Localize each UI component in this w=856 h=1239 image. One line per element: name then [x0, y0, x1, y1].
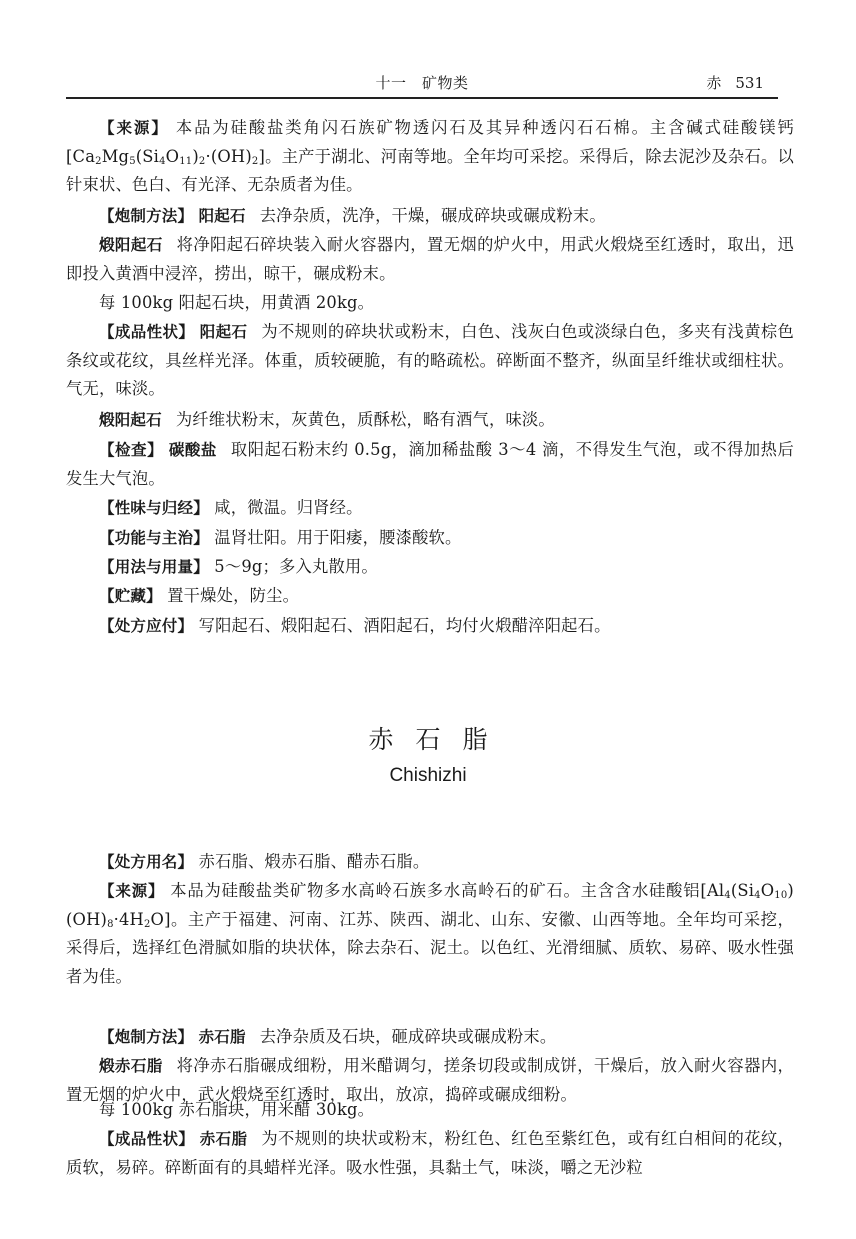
entry-title: 赤石脂	[0, 720, 856, 756]
prescription-names-text: 赤石脂、煅赤石脂、醋赤石脂。	[199, 852, 430, 871]
ratio-paragraph-2: 每 100kg 赤石脂块，用米醋 30kg。	[66, 1096, 794, 1125]
nature-paragraph: 【性味与归经】 咸，微温。归肾经。	[66, 494, 794, 523]
properties-paragraph: 【成品性状】 阳起石为不规则的碎块状或粉末，白色、浅灰白色或淡绿白色，多夹有浅黄…	[66, 318, 794, 404]
processing-sub1-text: 去净杂质，洗净，干燥，碾成碎块或碾成粉末。	[260, 206, 606, 225]
inspection-sub-label: 碳酸盐	[169, 441, 217, 459]
processing-paragraph: 【炮制方法】 阳起石去净杂质，洗净，干燥，碾成碎块或碾成粉末。	[66, 202, 794, 231]
usage-text: 5～9g；多入丸散用。	[214, 557, 378, 576]
header-rule	[66, 97, 778, 99]
source-label: 【来源】	[99, 119, 169, 137]
source-text-2-tail: 。主产于福建、河南、江苏、陕西、湖北、山东、安徽、山西等地。全年均可采挖，采得后…	[66, 910, 794, 986]
section-character: 赤	[706, 74, 721, 92]
calcined-paragraph: 煅阳起石将净阳起石碎块装入耐火容器内，置无烟的炉火中，用武火煅烧至红透时，取出，…	[66, 231, 794, 288]
processing-sub2-text: 将净阳起石碎块装入耐火容器内，置无烟的炉火中，用武火煅烧至红透时，取出，迅即投入…	[66, 235, 794, 283]
properties-paragraph-2: 【成品性状】 赤石脂为不规则的块状或粉末，粉红色、红色至紫红色，或有红白相间的花…	[66, 1125, 794, 1182]
processing-label: 【炮制方法】	[99, 207, 193, 225]
entry-pinyin: Chishizhi	[0, 765, 856, 787]
properties-sub2-label: 煅阳起石	[99, 411, 162, 429]
usage-label: 【用法与用量】	[99, 558, 209, 576]
function-paragraph: 【功能与主治】 温肾壮阳。用于阳痿，腰漆酸软。	[66, 524, 794, 553]
properties-calcined-paragraph: 煅阳起石为纤维状粉末，灰黄色，质酥松，略有酒气，味淡。	[66, 406, 794, 435]
processing-sub2-label: 煅阳起石	[99, 236, 163, 254]
processing-sub1-label: 阳起石	[199, 207, 246, 225]
properties-label-2: 【成品性状】	[99, 1130, 194, 1148]
processing-sub1-text-2: 去净杂质及石块，砸成碎块或碾成粉末。	[260, 1027, 557, 1046]
nature-text: 咸，微温。归肾经。	[214, 498, 362, 517]
properties-sub2-text: 为纤维状粉末，灰黄色，质酥松，略有酒气，味淡。	[176, 410, 555, 429]
usage-paragraph: 【用法与用量】 5～9g；多入丸散用。	[66, 553, 794, 582]
inspection-label: 【检查】	[99, 441, 163, 459]
properties-sub1-label: 阳起石	[200, 323, 248, 341]
source-text-2: 本品为硅酸盐类矿物多水高岭石族多水高岭石的矿石。主含含水硅酸铝	[170, 881, 700, 900]
dispensing-paragraph: 【处方应付】 写阳起石、煅阳起石、酒阳起石，均付火煅醋淬阳起石。	[66, 612, 794, 641]
storage-text: 置干燥处，防尘。	[167, 586, 299, 605]
source-paragraph-2: 【来源】 本品为硅酸盐类矿物多水高岭石族多水高岭石的矿石。主含含水硅酸铝[Al4…	[66, 877, 794, 991]
storage-label: 【贮藏】	[99, 587, 162, 605]
chapter-title: 十一 矿物类	[66, 72, 778, 93]
source-text-tail: 。主产于湖北、河南等地。全年均可采挖。采得后，除去泥沙及杂石。以针束状、色白、有…	[66, 147, 794, 195]
processing-sub1-label-2: 赤石脂	[199, 1028, 246, 1046]
processing-sub2-label-2: 煅赤石脂	[99, 1057, 163, 1075]
ratio-paragraph: 每 100kg 阳起石块，用黄酒 20kg。	[66, 289, 794, 318]
running-header: 十一 矿物类 赤531	[66, 70, 778, 96]
dispensing-label: 【处方应付】	[99, 617, 193, 635]
document-page: 十一 矿物类 赤531 【来源】 本品为硅酸盐类角闪石族矿物透闪石及其异种透闪石…	[0, 0, 856, 1239]
prescription-names-paragraph: 【处方用名】 赤石脂、煅赤石脂、醋赤石脂。	[66, 848, 794, 877]
page-number: 531	[735, 74, 764, 92]
nature-label: 【性味与归经】	[99, 499, 209, 517]
function-text: 温肾壮阳。用于阳痿，腰漆酸软。	[214, 528, 461, 547]
processing-paragraph-2: 【炮制方法】 赤石脂去净杂质及石块，砸成碎块或碾成粉末。	[66, 1023, 794, 1052]
function-label: 【功能与主治】	[99, 529, 209, 547]
page-reference: 赤531	[706, 72, 764, 93]
storage-paragraph: 【贮藏】 置干燥处，防尘。	[66, 582, 794, 611]
inspection-paragraph: 【检查】 碳酸盐取阳起石粉末约 0.5g，滴加稀盐酸 3～4 滴，不得发生气泡，…	[66, 436, 794, 493]
source-label-2: 【来源】	[99, 882, 164, 900]
dispensing-text: 写阳起石、煅阳起石、酒阳起石，均付火煅醋淬阳起石。	[199, 616, 611, 635]
prescription-names-label: 【处方用名】	[99, 853, 193, 871]
properties-sub1-label-2: 赤石脂	[200, 1130, 248, 1148]
source-paragraph: 【来源】 本品为硅酸盐类角闪石族矿物透闪石及其异种透闪石石棉。主含碱式硅酸镁钙[…	[66, 114, 794, 200]
processing-label-2: 【炮制方法】	[99, 1028, 193, 1046]
properties-label: 【成品性状】	[99, 323, 194, 341]
